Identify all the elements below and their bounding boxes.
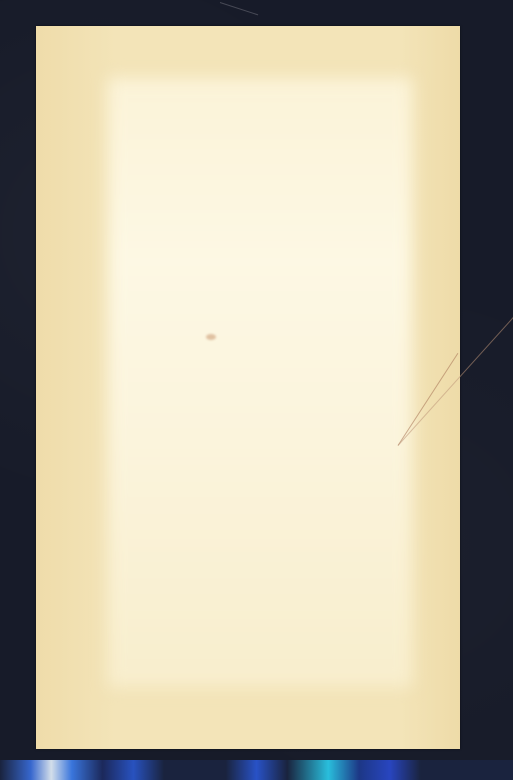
blue-reflection-strip: [0, 760, 513, 780]
card-edge-discoloration-left: [36, 26, 116, 749]
paper-card: [36, 26, 460, 749]
card-faded-center: [108, 78, 412, 687]
card-stain: [206, 334, 216, 340]
